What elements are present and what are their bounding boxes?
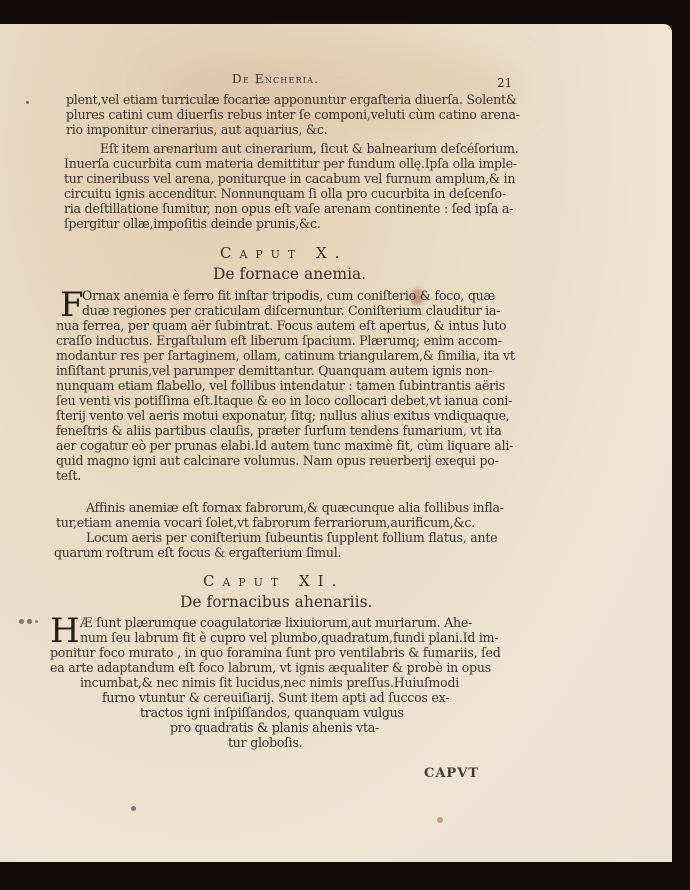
text-line: inſiſtant prunis,vel parumper demittantu… xyxy=(56,363,492,378)
text-line: plures catini cum diuerſis rebus inter ſ… xyxy=(66,107,520,122)
chapter-title: De fornacibus ahenariis. xyxy=(180,593,372,611)
page-number: 21 xyxy=(497,76,512,90)
text-line: ſpergitur ollæ,impoſitis deinde prunis,&… xyxy=(64,216,321,231)
text-line: num ſeu labrum fit è cupro vel plumbo,qu… xyxy=(80,630,498,645)
text-line: duæ regiones per craticulam diſcernuntur… xyxy=(82,303,500,318)
chapter-heading: Caput X. xyxy=(220,244,347,262)
running-head: De Encheria. xyxy=(232,72,319,86)
text-line: ea arte adaptandum eſt foco labrum, vt i… xyxy=(50,660,491,675)
chapter-heading: Caput XI. xyxy=(203,572,344,590)
text-line: tur cineribuss vel arena, poniturque in … xyxy=(64,171,515,186)
book-page: De Encheria. 21 plent,vel etiam turricul… xyxy=(0,24,672,862)
text-line: teſt. xyxy=(56,468,81,483)
margin-speck xyxy=(26,101,29,104)
text-line: Æ ſunt plærumque coagulatoriæ lixiuiorum… xyxy=(80,615,472,630)
margin-dot xyxy=(35,620,38,623)
text-line: tur,etiam anemia vocari ſolet,vt fabroru… xyxy=(56,515,475,530)
text-line: rio imponitur cinerarius, aut aquarius, … xyxy=(66,122,327,137)
text-line: nunquam etiam flabello, vel follibus int… xyxy=(56,378,505,393)
text-line: Affinis anemiæ eſt fornax fabrorum,& quæ… xyxy=(86,500,504,515)
text-line: circuitu ignis accenditur. Nonnunquam ſi… xyxy=(64,186,506,201)
text-line: ria deſtillatione ſumitur, non opus eſt … xyxy=(64,201,513,216)
text-line: furno vtuntur & cereuiſiarij. Sunt item … xyxy=(102,690,449,705)
text-line: quarum roſtrum eſt focus & ergaſterium ſ… xyxy=(54,545,341,560)
text-line: quid magno igni aut calcinare volumus. N… xyxy=(56,453,499,468)
text-line: tur globoſis. xyxy=(228,735,302,750)
text-line: plent,vel etiam turriculæ focariæ apponu… xyxy=(66,92,517,107)
text-line: Locum aeris per coniſterium ſubeuntis ſu… xyxy=(86,530,497,545)
chapter-title: De fornace anemia. xyxy=(213,265,366,283)
page-speck xyxy=(437,817,443,823)
text-line: ponitur foco murato , in quo foramina ſu… xyxy=(50,645,501,660)
text-line: craſſo inductus. Ergaſtulum eſt liberum … xyxy=(56,333,502,348)
text-line: ſterij vento vel aeris motui exponatur, … xyxy=(56,408,510,423)
text-line: aer cogatur eò per prunas elabi.Id autem… xyxy=(56,438,513,453)
text-line: Inuerſa cucurbita cum materia demittitur… xyxy=(64,156,517,171)
margin-dot xyxy=(27,619,32,624)
text-line: modantur res per ſartaginem, ollam, cati… xyxy=(56,348,515,363)
catchword: CAPVT xyxy=(424,766,479,781)
text-line: nua ferrea, per quam aër ſubintrat. Focu… xyxy=(56,318,506,333)
text-line: Eſt item arenarium aut cinerarium, ſicut… xyxy=(100,141,519,156)
page-speck xyxy=(131,806,136,811)
drop-cap: H xyxy=(50,616,80,646)
drop-cap: F xyxy=(60,290,84,320)
text-line: pro quadratis & planis ahenis vta- xyxy=(170,720,379,735)
text-line: Ornax anemia è ferro fit inſtar tripodis… xyxy=(82,288,495,303)
text-line: tractos igni inſpiſſandos, quanquam vulg… xyxy=(140,705,404,720)
margin-dot xyxy=(19,619,24,624)
text-line: feneſtris & aliis partibus clauſis, præt… xyxy=(56,423,502,438)
text-line: ſeu venti vis potiſſima eſt.Itaque & eo … xyxy=(56,393,512,408)
text-line: incumbat,& nec nimis ſit lucidus,nec nim… xyxy=(80,675,459,690)
